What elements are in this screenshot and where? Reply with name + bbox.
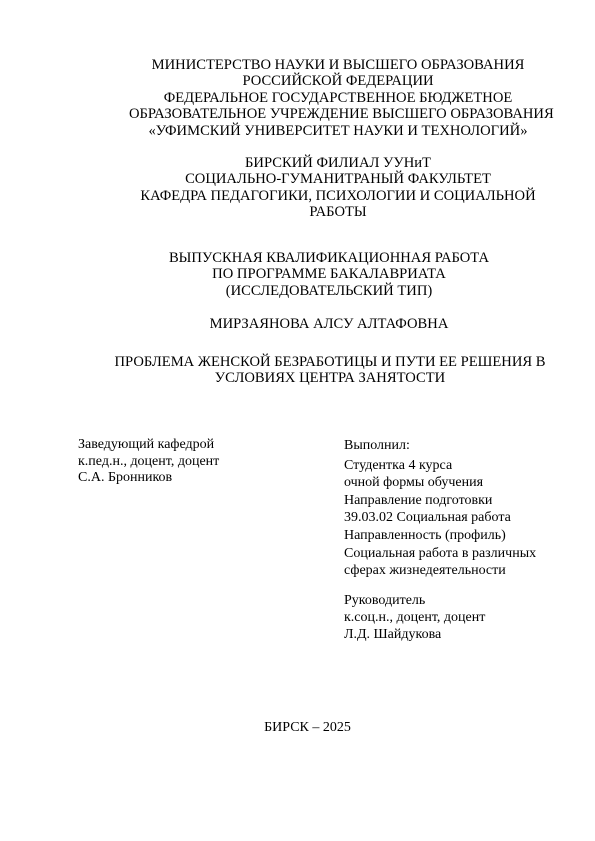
work-type-line: ВЫПУСКНАЯ КВАЛИФИКАЦИОННАЯ РАБОТА [129, 250, 529, 266]
supervisor-line: Руководитель [344, 592, 485, 609]
hod-line: Заведующий кафедрой [78, 437, 219, 454]
branch-line: БИРСКИЙ ФИЛИАЛ УУНиТ [129, 155, 547, 171]
branch-department: БИРСКИЙ ФИЛИАЛ УУНиТ СОЦИАЛЬНО-ГУМАНИТРА… [129, 155, 547, 221]
header-line: РОССИЙСКОЙ ФЕДЕРАЦИИ [129, 73, 547, 89]
branch-line: РАБОТЫ [129, 204, 547, 220]
header-line: МИНИСТЕРСТВО НАУКИ И ВЫСШЕГО ОБРАЗОВАНИЯ [129, 57, 547, 73]
title-line: ПРОБЛЕМА ЖЕНСКОЙ БЕЗРАБОТИЦЫ И ПУТИ ЕЕ Р… [100, 354, 560, 370]
supervisor-line: к.соц.н., доцент, доцент [344, 609, 485, 626]
performed-by-line: Социальная работа в различных [344, 545, 536, 563]
hod-line: С.А. Бронников [78, 470, 219, 487]
branch-line: КАФЕДРА ПЕДАГОГИКИ, ПСИХОЛОГИИ И СОЦИАЛЬ… [129, 188, 547, 204]
ministry-header: МИНИСТЕРСТВО НАУКИ И ВЫСШЕГО ОБРАЗОВАНИЯ… [129, 57, 547, 139]
performed-by-line: очной формы обучения [344, 474, 536, 492]
performed-by-label: Выполнил: [344, 437, 536, 455]
hod-line: к.пед.н., доцент, доцент [78, 454, 219, 471]
performed-by-line: сферах жизнедеятельности [344, 562, 536, 580]
header-line: ФЕДЕРАЛЬНОЕ ГОСУДАРСТВЕННОЕ БЮДЖЕТНОЕ [129, 90, 547, 106]
performed-by-line: 39.03.02 Социальная работа [344, 509, 536, 527]
head-of-department: Заведующий кафедрой к.пед.н., доцент, до… [78, 437, 219, 487]
author-name: МИРЗАЯНОВА АЛСУ АЛТАФОВНА [129, 316, 529, 332]
supervisor: Руководитель к.соц.н., доцент, доцент Л.… [344, 592, 485, 643]
supervisor-line: Л.Д. Шайдукова [344, 626, 485, 643]
work-type-line: ПО ПРОГРАММЕ БАКАЛАВРИАТА [129, 266, 529, 282]
branch-line: СОЦИАЛЬНО-ГУМАНИТРАНЫЙ ФАКУЛЬТЕТ [129, 171, 547, 187]
work-type: ВЫПУСКНАЯ КВАЛИФИКАЦИОННАЯ РАБОТА ПО ПРО… [129, 250, 529, 299]
header-line: ОБРАЗОВАТЕЛЬНОЕ УЧРЕЖДЕНИЕ ВЫСШЕГО ОБРАЗ… [129, 106, 547, 122]
title-line: УСЛОВИЯХ ЦЕНТРА ЗАНЯТОСТИ [100, 370, 560, 386]
performed-by-line: Направление подготовки [344, 492, 536, 510]
work-type-line: (ИССЛЕДОВАТЕЛЬСКИЙ ТИП) [129, 283, 529, 299]
city-year-footer: БИРСК – 2025 [0, 720, 595, 736]
performed-by-line: Направленность (профиль) [344, 527, 536, 545]
performed-by: Выполнил: Студентка 4 курса очной формы … [344, 437, 536, 580]
performed-by-line: Студентка 4 курса [344, 457, 536, 475]
header-line: «УФИМСКИЙ УНИВЕРСИТЕТ НАУКИ И ТЕХНОЛОГИЙ… [129, 123, 547, 139]
thesis-title: ПРОБЛЕМА ЖЕНСКОЙ БЕЗРАБОТИЦЫ И ПУТИ ЕЕ Р… [100, 354, 560, 387]
